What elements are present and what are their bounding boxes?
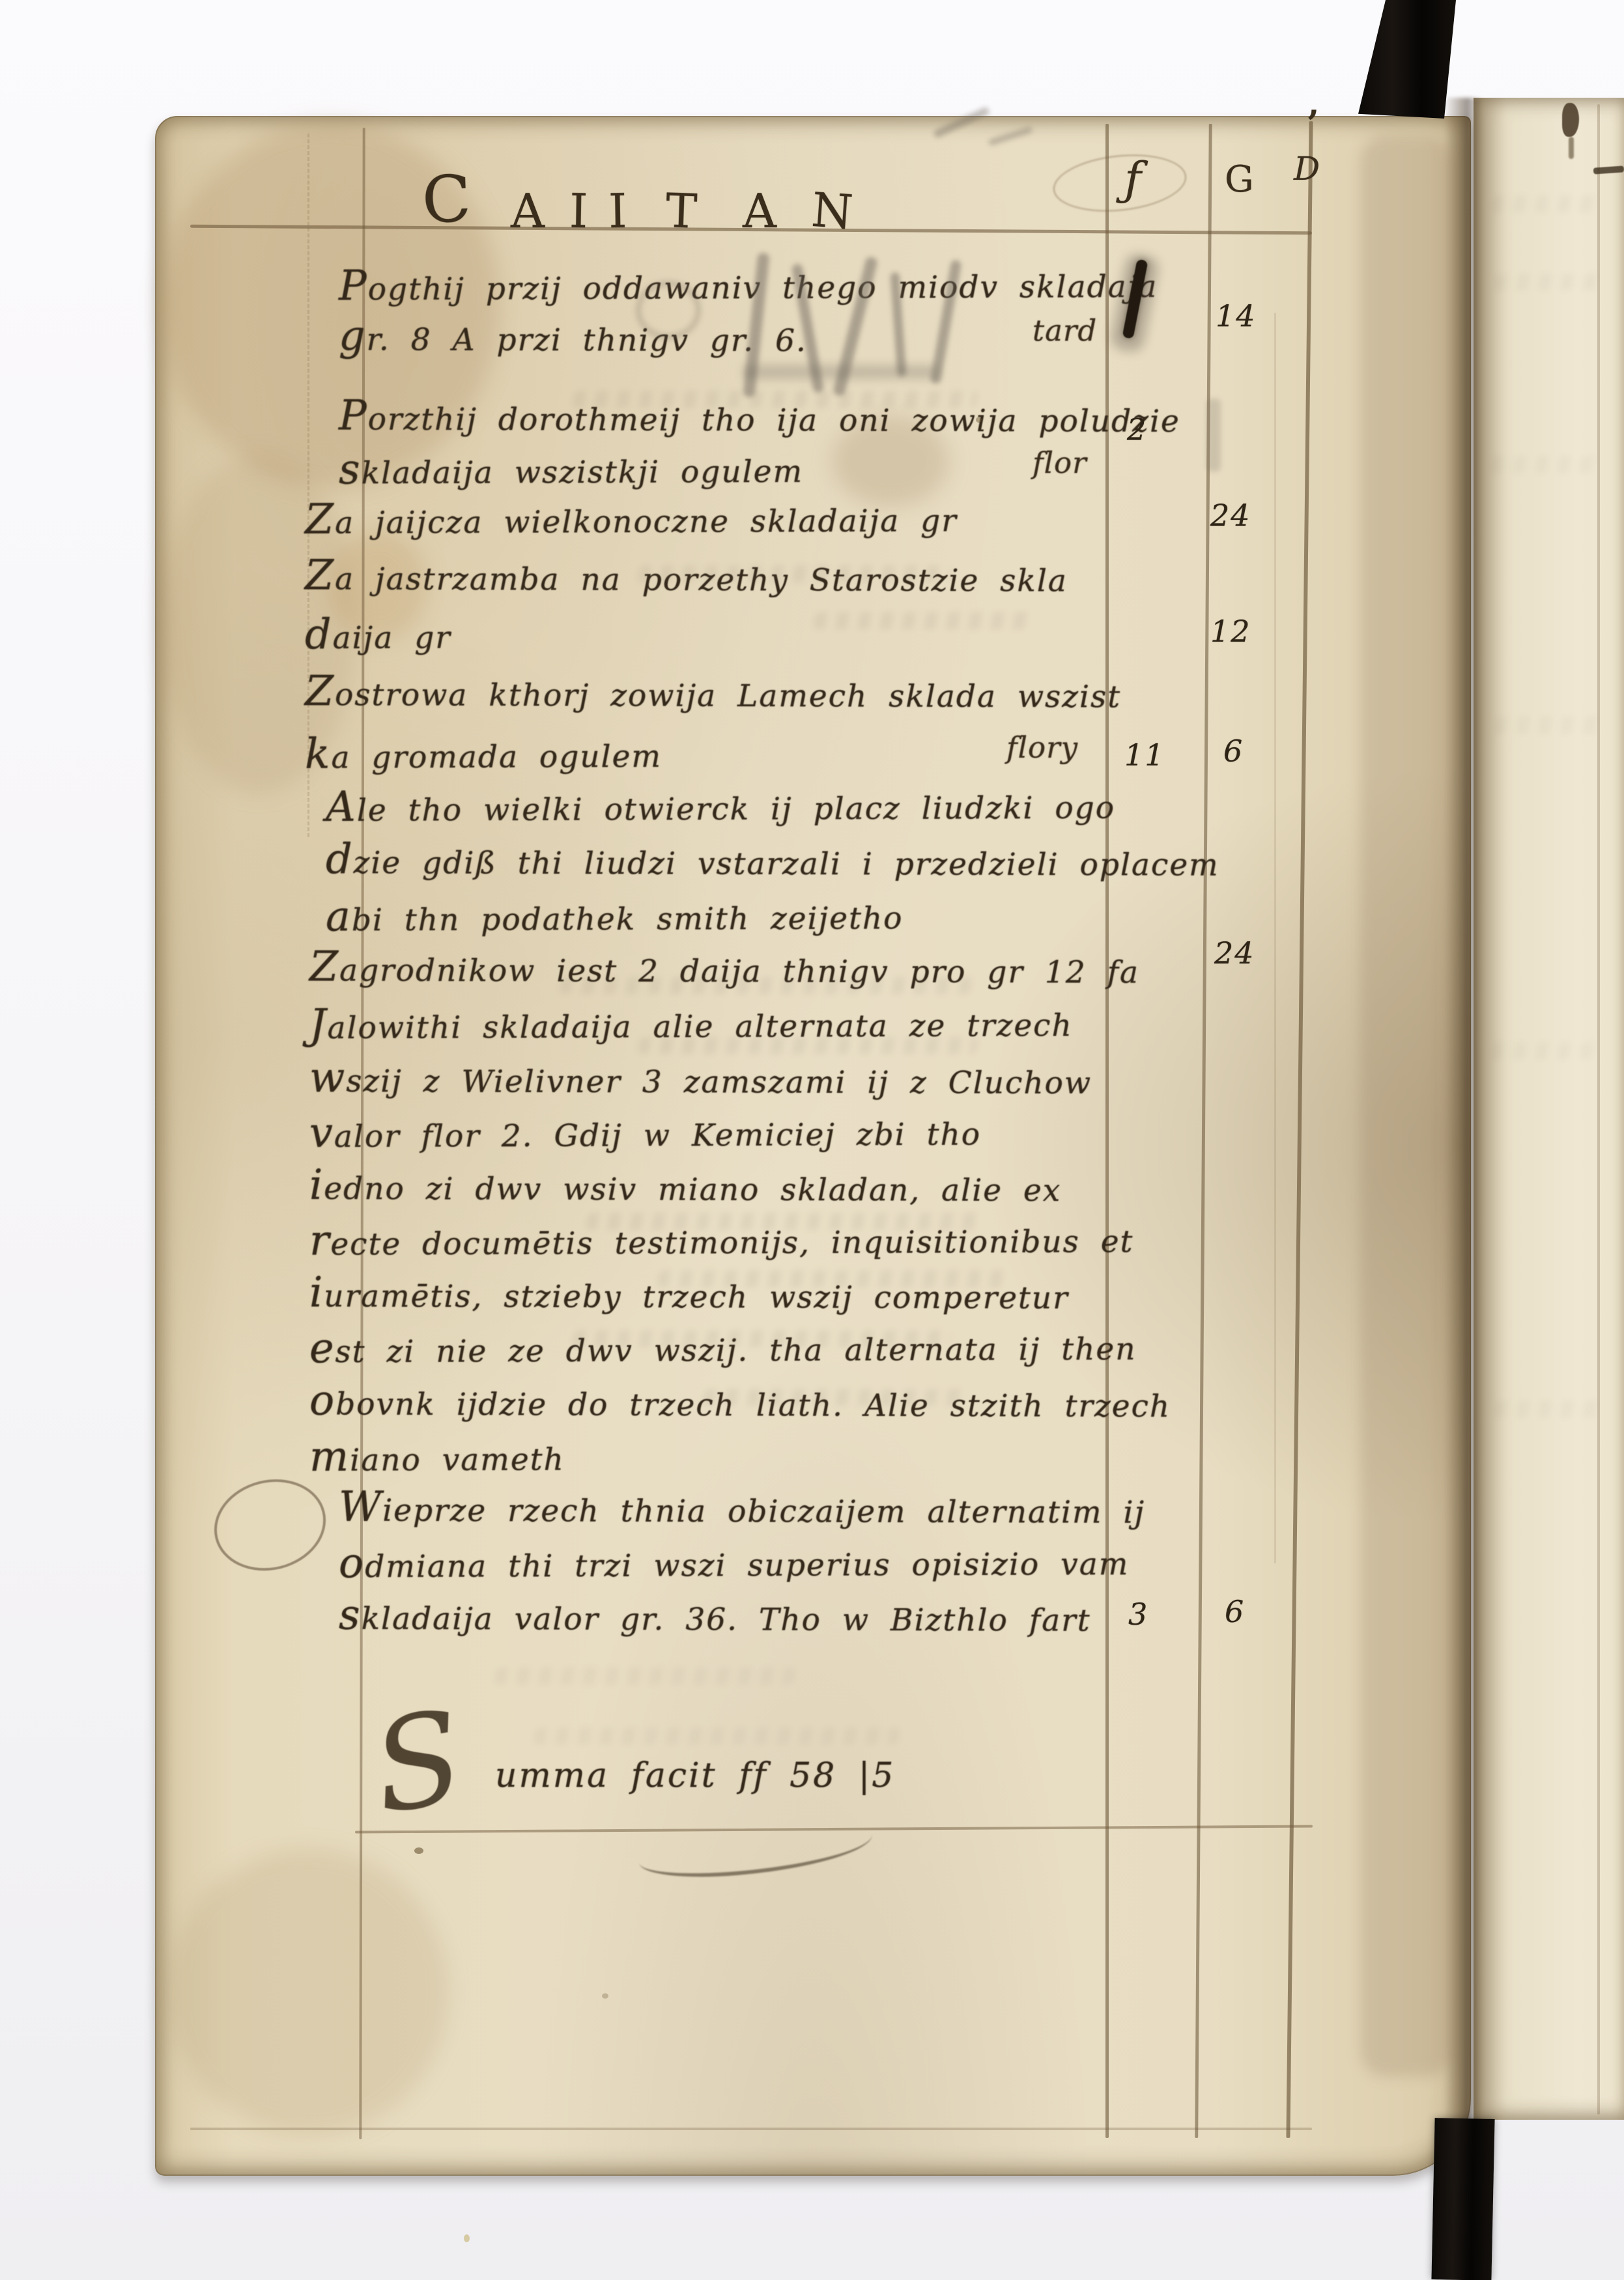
ink-speck: [976, 417, 982, 423]
amount-florins-entry-8: 3: [1128, 1599, 1148, 1629]
ink-smudge: [743, 365, 938, 379]
column-header-d: D: [1294, 152, 1320, 185]
bottom-rule: [190, 2128, 1312, 2130]
book-gutter-shadow: [1444, 98, 1483, 2125]
amount-florins-entry-5: 11: [1124, 740, 1165, 770]
bleedthrough-text: [657, 1270, 1011, 1287]
entry-5-line-2: ka gromada ogulem: [305, 732, 662, 775]
bleedthrough-text: [494, 1668, 796, 1685]
ink-speck: [414, 1847, 423, 1854]
paper-stain: [168, 1849, 448, 2135]
entry-3-line-1: Za jaijcza wielkonoczne skladaija gr: [305, 496, 958, 540]
black-ribbon-top: [1358, 0, 1456, 119]
amount-groszy-entry-4: 12: [1210, 616, 1251, 646]
bleedthrough-text: [702, 1389, 965, 1406]
bleedthrough-text: [559, 977, 978, 994]
entry-8-line-1: Wieprze rzech thnia obiczaijem alternati…: [339, 1486, 1145, 1530]
title-letter: A: [743, 188, 776, 235]
entry-5-trail-word: flory: [1006, 733, 1078, 762]
bleedthrough-text: [572, 1330, 952, 1347]
faint-double-rule: [1274, 313, 1276, 1563]
column-header-f: ƒ: [1124, 156, 1141, 202]
column-header-g: G: [1225, 162, 1254, 198]
entry-1-line-1: Pogthij przij oddawaniv thego miodv skla…: [339, 263, 1158, 307]
bleedthrough-text: [1490, 456, 1604, 473]
neighbor-page-rule: [1597, 104, 1600, 2115]
title-letter: A: [511, 188, 545, 235]
amount-groszy-entry-7: 24: [1214, 938, 1255, 968]
ink-tick-mark: ’: [1307, 106, 1319, 141]
bleedthrough-text: [637, 565, 952, 582]
bleedthrough-text: [637, 1037, 978, 1054]
title-letter: N: [810, 186, 855, 236]
bleedthrough-text: [572, 391, 978, 408]
entry-5-line-1: Zostrowa kthorj zowija Lamech sklada wsz…: [305, 670, 1121, 714]
entry-8-line-2: odmiana thi trzi wszi superius opisizio …: [339, 1540, 1130, 1584]
entry-4-line-2: daija gr: [305, 614, 451, 655]
amount-groszy-entry-8: 6: [1225, 1597, 1245, 1627]
bleedthrough-text: [585, 1213, 978, 1230]
title-letter: T: [665, 187, 698, 235]
amount-groszy-entry-5: 6: [1223, 736, 1244, 766]
entry-6-line-2: dzie gdiß thi liudzi vstarzali i przedzi…: [326, 838, 1219, 882]
amount-groszy-entry-1: 14: [1216, 301, 1257, 331]
entry-7-line-10: miano vameth: [309, 1435, 565, 1477]
summary-text: umma facit ff 58 |5: [495, 1759, 895, 1793]
bleedthrough-text: [1494, 1401, 1604, 1418]
amount-groszy-entry-3: 24: [1210, 500, 1251, 530]
ink-smudge: [1206, 399, 1221, 472]
amount-florins-entry-2: 2: [1127, 414, 1147, 444]
bleedthrough-text: [1490, 1042, 1604, 1059]
title-letter: C: [421, 167, 472, 233]
bleedthrough-text: [1490, 195, 1604, 212]
entry-7-line-4: valor flor 2. Gdij w Kemiciej zbi tho: [309, 1110, 981, 1154]
entry-8-line-3: skladaija valor gr. 36. Tho w Bizthlo fa…: [339, 1594, 1091, 1637]
bleedthrough-text: [1494, 717, 1604, 734]
scanned-book-opening: CAIITAN ƒ G D ’ Pogthij przij oddawaniv …: [0, 0, 1624, 2280]
black-ribbon-bottom: [1431, 2118, 1494, 2280]
bleedthrough-text: [813, 612, 1031, 629]
entry-1-trail-word: tard: [1033, 316, 1097, 345]
paper-stain: [1360, 135, 1451, 2077]
adjacent-page-sliver: [1474, 98, 1624, 2120]
entry-2-line-2: skladaija wszistkji ogulem: [339, 448, 803, 491]
ink-smudge: [635, 280, 702, 340]
ink-drip: [1569, 137, 1574, 159]
entry-7-line-5: iedno zi dwv wsiv miano skladan, alie ex: [309, 1164, 1061, 1207]
bleedthrough-text: [533, 1728, 900, 1745]
title-letter: I: [569, 188, 588, 235]
entry-2-trail-word: flor: [1033, 448, 1087, 477]
entry-1-line-2: gr. 8 A przi thnigv gr. 6.: [339, 315, 807, 358]
entry-6-line-1: Ale tho wielki otwierck ij placz liudzki…: [326, 784, 1115, 828]
entry-6-line-3: abi thn podathek smith zeijetho: [326, 894, 904, 937]
paper-speck: [464, 2234, 470, 2242]
bleedthrough-text: [1494, 274, 1604, 291]
entry-7-line-3: wszij z Wielivner 3 zamszami ij z Clucho…: [309, 1057, 1092, 1100]
title-letter: I: [608, 188, 627, 235]
ink-speck: [602, 1993, 608, 1999]
